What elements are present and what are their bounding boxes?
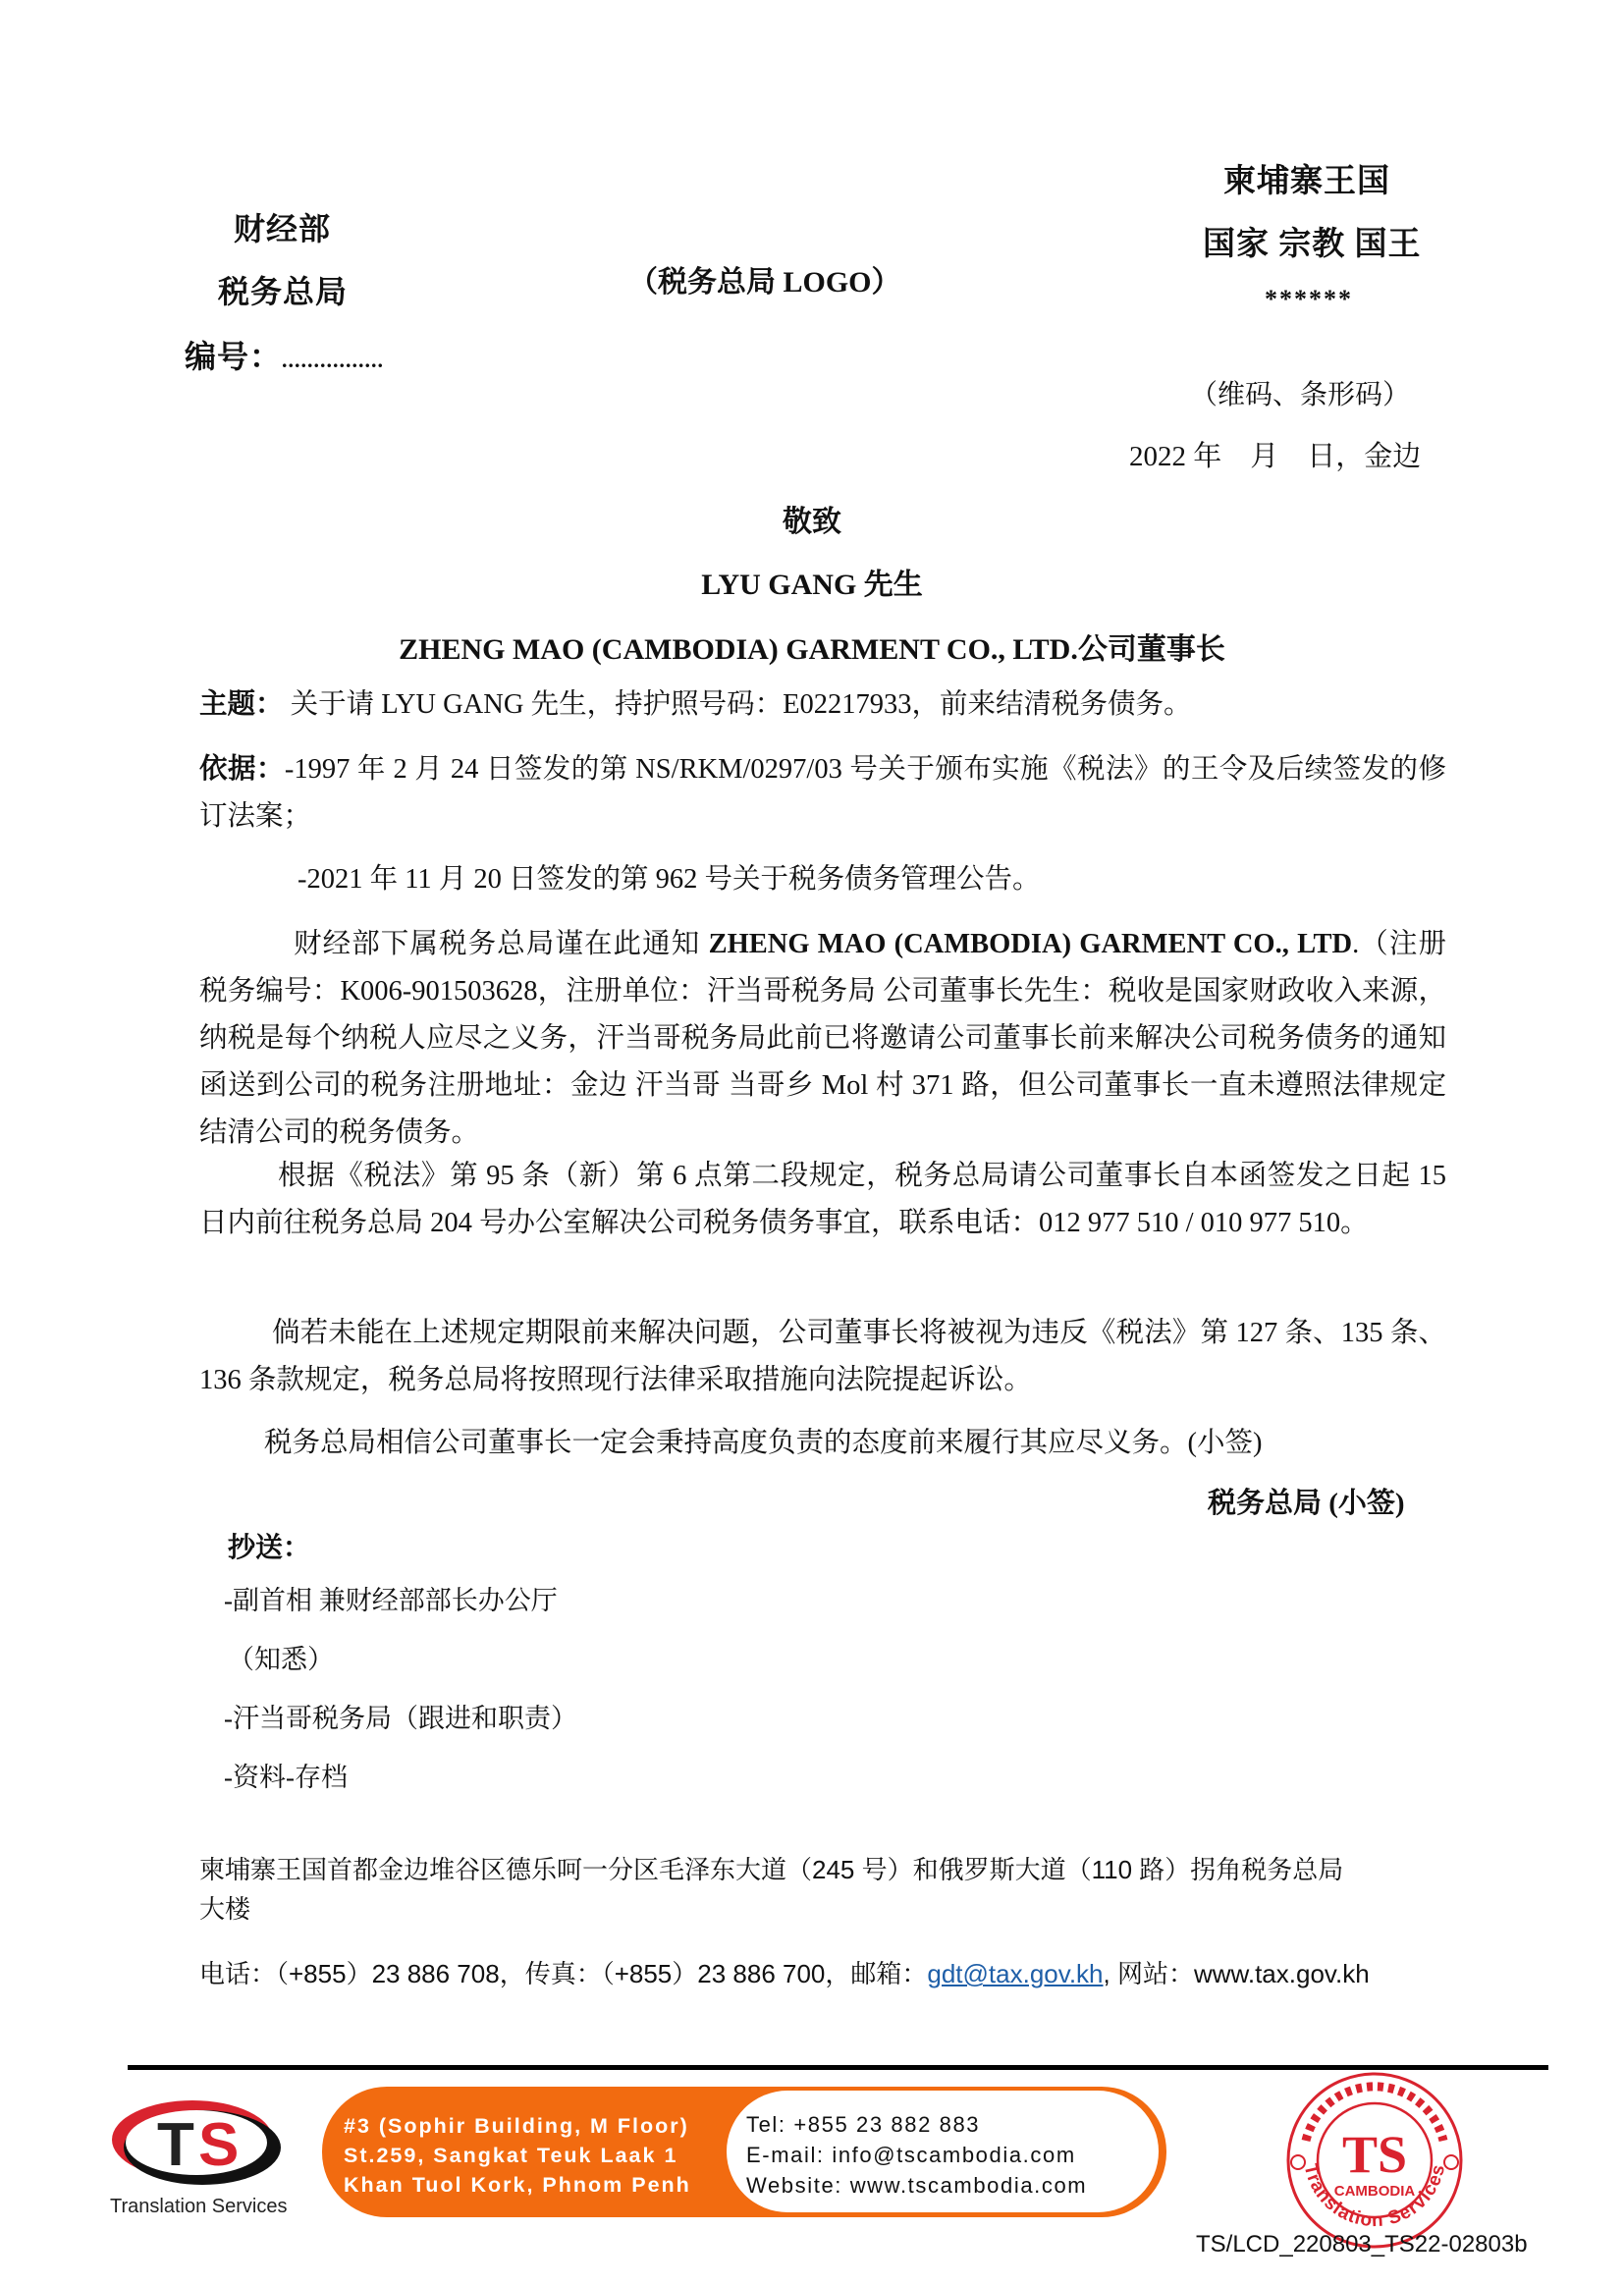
footer-contact: Tel: +855 23 882 883 E-mail: info@tscamb… xyxy=(746,2109,1087,2201)
ts-logo-icon: T S xyxy=(106,2096,283,2190)
basis-item-1: 依据：-1997 年 2 月 24 日签发的第 NS/RKM/0297/03 号… xyxy=(199,746,1446,841)
subject-line: 主题： 关于请 LYU GANG 先生，持护照号码：E02217933，前来结清… xyxy=(199,681,1191,729)
logo-placeholder: （税务总局 LOGO） xyxy=(628,257,901,300)
body-paragraph-4: 税务总局相信公司董事长一定会秉持高度负责的态度前来履行其应尽义务。(小签) xyxy=(199,1420,1446,1467)
document-number-label: 编号： xyxy=(185,339,282,374)
document-number: 编号：................ xyxy=(185,332,384,377)
p1-lead: 财经部下属税务总局谨在此通知 xyxy=(294,929,709,959)
gdt-contact-prefix: 电话：（+855）23 886 708，传真：（+855）23 886 700，… xyxy=(199,1959,927,1988)
department-name: 税务总局 xyxy=(218,267,348,312)
ministry-name: 财经部 xyxy=(234,204,331,249)
cc-item: -副首相 兼财经部部长办公厅 xyxy=(224,1579,558,1617)
ts-stamp-icon: TS CAMBODIA Translation Services xyxy=(1276,2062,1473,2258)
footer-address-line: #3 (Sophir Building, M Floor) xyxy=(344,2111,691,2141)
p1-rest: .（注册税务编号：K006-901503628，注册单位：汗当哥税务局 公司董事… xyxy=(199,929,1446,1148)
body-paragraph-2: 根据《税法》第 95 条（新）第 6 点第二段规定，税务总局请公司董事长自本函签… xyxy=(199,1153,1446,1247)
svg-text:CAMBODIA: CAMBODIA xyxy=(1334,2183,1416,2200)
document-number-value: ................ xyxy=(282,348,384,372)
basis-item-2: -2021 年 11 月 20 日签发的第 962 号关于税务债务管理公告。 xyxy=(199,856,1446,903)
national-motto: 国家 宗教 国王 xyxy=(1203,218,1422,264)
ts-logo-caption: Translation Services xyxy=(110,2196,287,2218)
body-paragraph-3: 倘若未能在上述规定期限前来解决问题，公司董事长将被视为违反《税法》第 127 条… xyxy=(199,1310,1446,1404)
basis-text-1: -1997 年 2 月 24 日签发的第 NS/RKM/0297/03 号关于颁… xyxy=(199,754,1446,832)
footer-address-line: Khan Tuol Kork, Phnom Penh xyxy=(344,2170,691,2200)
gdt-address-line-1: 柬埔寨王国首都金边堆谷区德乐呵一分区毛泽东大道（245 号）和俄罗斯大道（110… xyxy=(199,1850,1343,1886)
recipient-name: LYU GANG 先生 xyxy=(0,560,1624,603)
svg-text:T: T xyxy=(157,2111,194,2179)
cc-label: 抄送： xyxy=(228,1526,310,1565)
signature: 税务总局 (小签) xyxy=(1208,1481,1405,1521)
cc-item: （知悉） xyxy=(228,1638,334,1676)
salutation-to: 敬致 xyxy=(0,497,1624,540)
svg-text:S: S xyxy=(198,2111,239,2179)
barcode-placeholder: （维码、条形码） xyxy=(1190,373,1410,412)
subject-text: 关于请 LYU GANG 先生，持护照号码：E02217933，前来结清税务债务… xyxy=(284,689,1192,720)
body-paragraph-1: 财经部下属税务总局谨在此通知 ZHENG MAO (CAMBODIA) GARM… xyxy=(199,921,1446,1157)
recipient-title: ZHENG MAO (CAMBODIA) GARMENT CO., LTD.公司… xyxy=(0,625,1624,668)
footer-tel: Tel: +855 23 882 883 xyxy=(746,2109,1087,2140)
motto-separator: ****** xyxy=(1265,285,1353,314)
footer-website[interactable]: Website: www.tscambodia.com xyxy=(746,2170,1087,2201)
subject-label: 主题： xyxy=(199,689,284,720)
reference-code: TS/LCD_220803_TS22-02803b xyxy=(1196,2231,1528,2258)
footer-address: #3 (Sophir Building, M Floor) St.259, Sa… xyxy=(344,2111,691,2200)
footer-address-line: St.259, Sangkat Teuk Laak 1 xyxy=(344,2141,691,2170)
date-place: 2022 年 月 日，金边 xyxy=(1129,434,1421,474)
cc-item: -汗当哥税务局（跟进和职责） xyxy=(224,1697,577,1735)
gdt-contact-suffix: , 网站：www.tax.gov.kh xyxy=(1104,1959,1370,1988)
gdt-address-line-2: 大楼 xyxy=(199,1889,250,1926)
gdt-email-link[interactable]: gdt@tax.gov.kh xyxy=(927,1959,1103,1988)
gdt-contact-line: 电话：（+855）23 886 708，传真：（+855）23 886 700，… xyxy=(199,1954,1370,1990)
svg-text:TS: TS xyxy=(1342,2125,1407,2184)
kingdom-name: 柬埔寨王国 xyxy=(1223,155,1390,201)
footer-email[interactable]: E-mail: info@tscambodia.com xyxy=(746,2140,1087,2170)
cc-item: -资料-存档 xyxy=(224,1756,348,1794)
p1-company: ZHENG MAO (CAMBODIA) GARMENT CO., LTD xyxy=(709,929,1352,959)
basis-label: 依据： xyxy=(199,754,285,785)
